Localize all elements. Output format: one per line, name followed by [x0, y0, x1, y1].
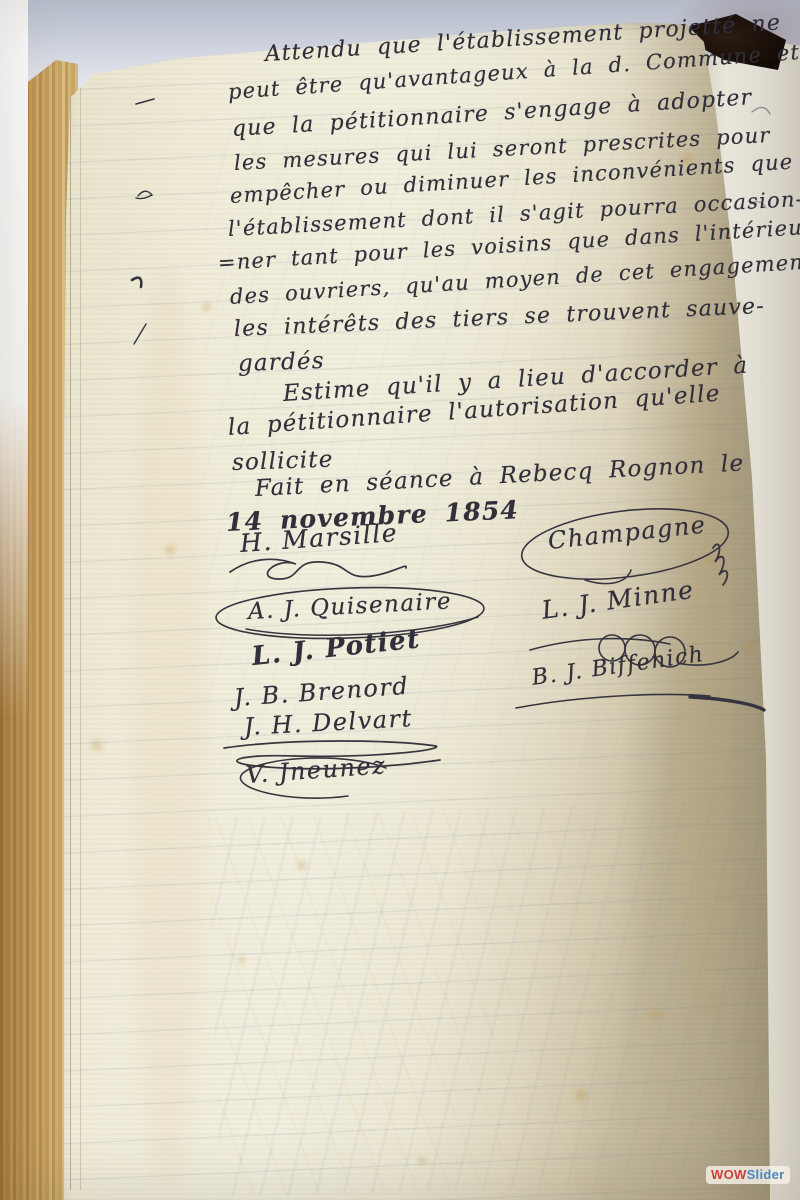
foxing-spot — [236, 955, 247, 965]
foxing-spot — [416, 1155, 428, 1166]
wowslider-watermark[interactable]: WOWSlider — [706, 1166, 790, 1184]
foxing-spot — [295, 859, 309, 872]
manuscript-line: sollicite — [232, 446, 334, 476]
foxing-spot — [648, 1007, 664, 1022]
manuscript-photo: Attendu que l'établissement projetté ne … — [0, 0, 800, 1200]
foxing-spot — [200, 301, 213, 313]
signature-flourish — [515, 504, 743, 590]
manuscript-line: gardés — [238, 348, 326, 377]
margin-ink-marks — [126, 94, 168, 350]
foxing-spot — [742, 639, 758, 654]
handwriting-layer: Attendu que l'établissement projetté ne … — [0, 0, 800, 1200]
watermark-slider-text: Slider — [747, 1167, 785, 1182]
foxing-spot — [88, 737, 106, 753]
signature-flourish — [222, 552, 414, 588]
foxing-spot — [572, 1087, 590, 1103]
watermark-wow-text: WOW — [711, 1167, 747, 1182]
signature-flourish — [508, 688, 770, 716]
signature-flourish — [226, 754, 406, 808]
foxing-spot — [162, 543, 178, 557]
